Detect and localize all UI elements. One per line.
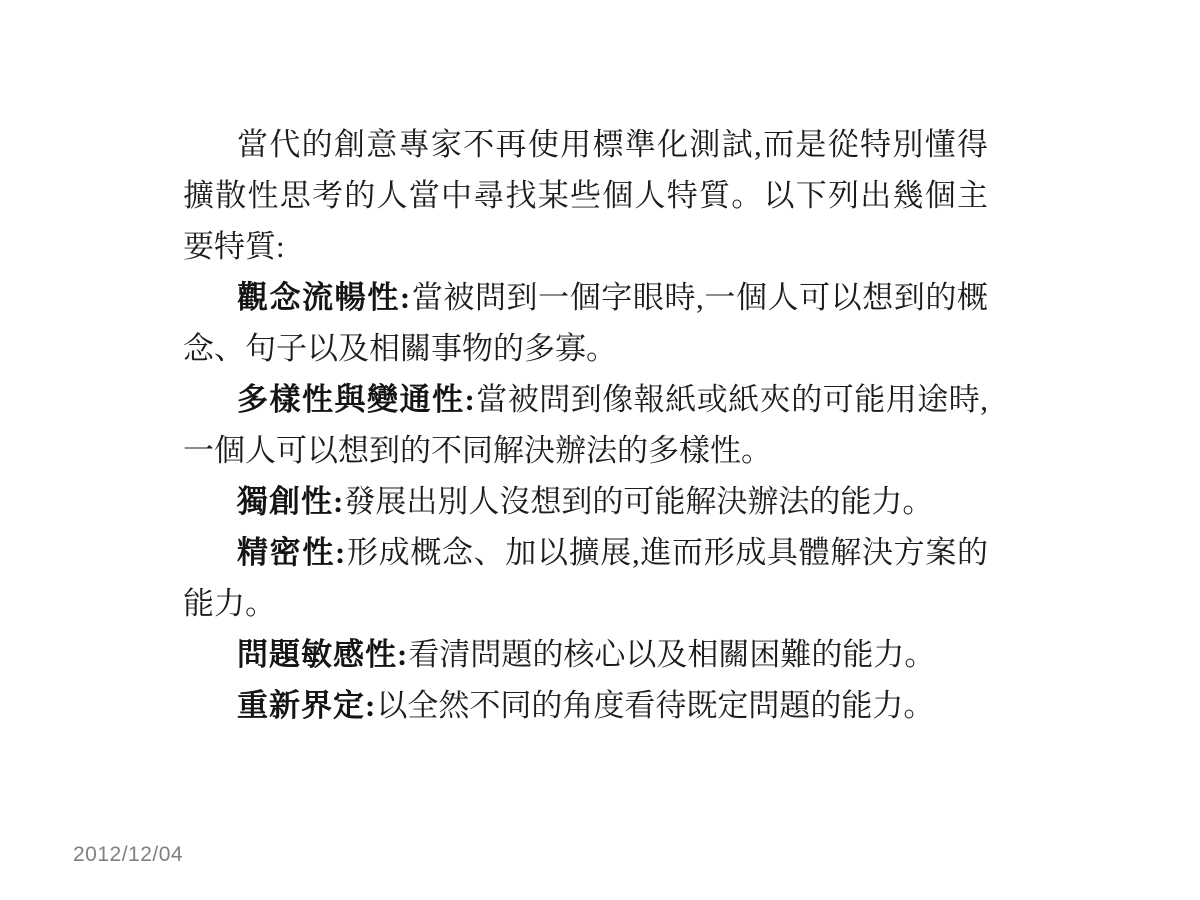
paragraph-text: 當代的創意專家不再使用標準化測試,而是從特別懂得擴散性思考的人當中尋找某些個人特…	[183, 127, 988, 264]
paragraph: 當代的創意專家不再使用標準化測試,而是從特別懂得擴散性思考的人當中尋找某些個人特…	[183, 119, 988, 272]
paragraph-text: 以全然不同的角度看待既定問題的能力。	[376, 688, 934, 723]
slide: 當代的創意專家不再使用標準化測試,而是從特別懂得擴散性思考的人當中尋找某些個人特…	[0, 0, 1200, 900]
trait-term: 多樣性與變通性:	[237, 382, 476, 417]
trait-term: 重新界定:	[237, 688, 376, 723]
trait-term: 問題敏感性:	[237, 637, 408, 672]
date-footer: 2012/12/04	[73, 843, 183, 867]
paragraph: 問題敏感性:看清問題的核心以及相關困難的能力。	[183, 629, 988, 680]
paragraph-text: 發展出別人沒想到的可能解決辦法的能力。	[344, 484, 933, 519]
paragraph: 重新界定:以全然不同的角度看待既定問題的能力。	[183, 680, 988, 731]
trait-term: 獨創性:	[237, 484, 344, 519]
paragraph: 精密性:形成概念、加以擴展,進而形成具體解決方案的能力。	[183, 527, 988, 629]
body-text: 當代的創意專家不再使用標準化測試,而是從特別懂得擴散性思考的人當中尋找某些個人特…	[183, 119, 988, 731]
trait-term: 精密性:	[237, 535, 346, 570]
paragraph: 觀念流暢性:當被問到一個字眼時,一個人可以想到的概念、句子以及相關事物的多寡。	[183, 272, 988, 374]
paragraph-text: 看清問題的核心以及相關困難的能力。	[408, 637, 935, 672]
paragraph: 多樣性與變通性:當被問到像報紙或紙夾的可能用途時,一個人可以想到的不同解決辦法的…	[183, 374, 988, 476]
trait-term: 觀念流暢性:	[237, 280, 411, 315]
paragraph: 獨創性:發展出別人沒想到的可能解決辦法的能力。	[183, 476, 988, 527]
